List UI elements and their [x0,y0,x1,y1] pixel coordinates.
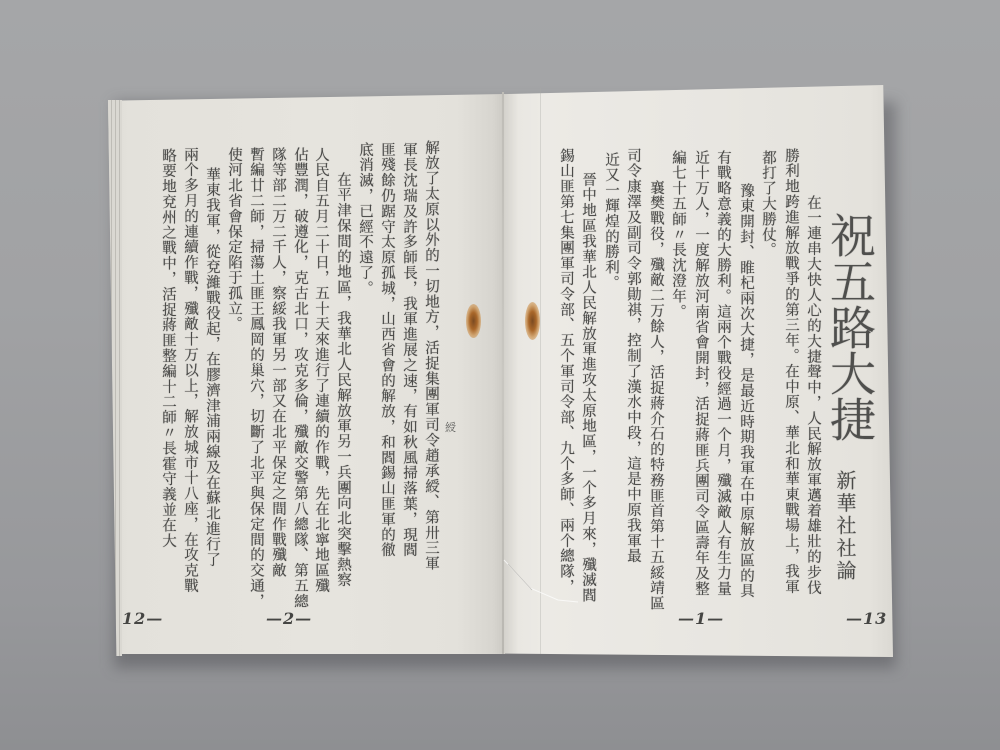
text-column: 佔豐潤，破遵化，克古北口，攻克多倫，殲敵交警第八總隊、第五總 [292,147,307,609]
text-column: 晉中地區我華北人民解放軍進攻太原地區，一个多月來，殲滅閻 [580,172,595,603]
text-column: 軍長沈瑞及許多師長，我軍進展之速，有如秋風掃落葉，現閻 [401,142,416,558]
text-column: 匪殘餘仍踞守太原孤城，山西省會的解放，和閻錫山匪軍的徹 [379,142,394,558]
text-column: 隊等部二万二千人，察綏我軍另一部又在北平保定之間作戰殲敵 [270,147,285,578]
text-column: 兩个多月的連續作戰，殲敵十万以上，解放城市十八座，在攻克戰 [182,147,197,594]
edge-page-number-left: 12— [122,609,163,628]
text-column: 都打了大勝仗。 [760,150,775,258]
text-column: 在一連串大快人心的大捷聲中，人民解放軍邁着雄壯的步伐 [805,195,820,595]
text-column: 使河北省會保定陷于孤立。 [226,147,241,332]
text-column: 錫山匪第七集團軍司令部、五个軍司令部、九个多師、兩个總隊， [558,148,573,595]
text-column: 編七十五師〃長沈澄年。 [670,150,685,319]
rust-stain-right [525,302,540,340]
page-number-1: —1— [678,609,724,628]
edge-page-number-right: —13 [846,609,887,628]
paper-crease [500,540,580,620]
text-column: 勝利地跨進解放戰爭的第三年。在中原、華北和華東戰場上，我軍 [783,148,798,595]
text-column: 暫編廿二師，掃蕩土匪王鳳岡的巢穴，切斷了北平與保定間的交通， [248,147,263,609]
text-column: 人民自五月二十日，五十天來進行了連續的作戰，先在北寧地區殲 [313,147,328,594]
article-title: 祝五路大捷 [826,212,874,442]
handwritten-correction: 綬 [445,419,456,435]
text-column: 司令康澤及副司令郭勛祺，控制了漢水中段，這是中原我軍最 [625,148,640,564]
text-column: 近十万人，一度解放河南省會開封，活捉蔣匪兵團司令區壽年及整 [693,150,708,597]
text-column: 豫東開封、睢杞兩次大捷，是最近時期我軍在中原解放區的具 [738,183,753,599]
rust-stain-left [466,304,481,338]
text-column: 華東我軍，從兗濰戰役起，在膠濟津浦兩線及在蘇北進行了 [204,167,219,567]
article-byline: 新華社社論 [834,470,856,583]
text-column: 有戰略意義的大勝利。這兩个戰役經過一个月，殲滅敵人有生力量 [715,150,730,597]
text-column: 近又一輝煌的勝利。 [603,152,618,291]
page-number-2: —2— [266,609,312,628]
text-column: 在平津保間的地區，我華北人民解放軍另一兵團向北突擊熱察 [335,172,350,588]
text-column: 略要地兗州之戰中，活捉蔣匪整編十二師〃長霍守義並在大 [160,148,175,548]
text-column: 襄樊戰役，殲敵二万餘人，活捉蔣介石的特務匪首第十五綏靖區 [648,180,663,611]
text-column: 底消滅，已經不遠了。 [357,142,372,296]
text-column: 解放了太原以外的一切地方，活捉集團軍司令趙承綬、第卅三軍 [423,140,438,571]
